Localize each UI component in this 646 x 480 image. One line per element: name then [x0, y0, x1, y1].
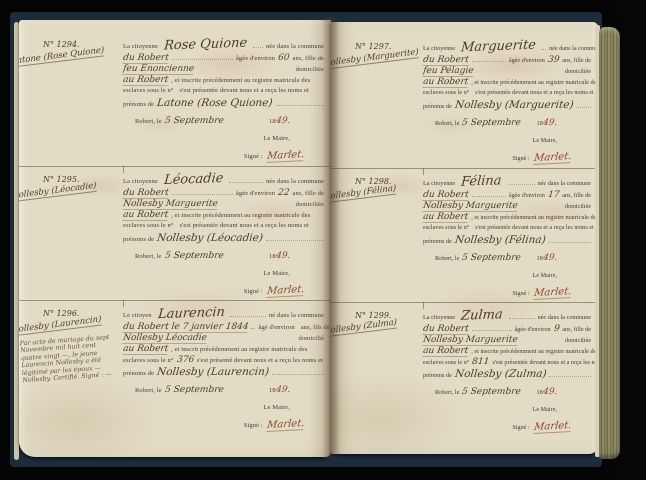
printed-registry-text: s'est présentée devant nous et a reçu le… — [475, 223, 593, 233]
handwritten-new-name: Latone (Rose Quione) — [156, 97, 273, 109]
printed-born-label: né dans la commune — [269, 311, 324, 321]
printed-registry-text: esclaves sous le n° — [123, 221, 174, 231]
printed-prenoms-label: prénoms de — [123, 369, 154, 379]
handwritten-year: 49. — [275, 116, 291, 126]
printed-registry-text: s'est présentée devant nous et a reçu le… — [180, 86, 309, 96]
register-entry: N° 1297. Nollesby (Marguerite) La citoye… — [331, 34, 598, 168]
margin-annotation — [21, 65, 113, 71]
handwritten-name: Rose Quione — [163, 36, 247, 54]
margin-new-name: Nollesby (Zulma) — [331, 317, 397, 337]
scanned-register-spread: N° 1294. Latone (Rose Quione) La citoyen… — [0, 0, 646, 480]
mayor-signature: Marlet. — [533, 150, 572, 164]
handwritten-parent: feu Pélagie — [422, 66, 474, 77]
signe-label: Signé : — [244, 288, 263, 295]
printed-prenoms-label: prénoms de — [123, 235, 154, 245]
handwritten-year: 49. — [542, 118, 558, 128]
handwritten-commune: du Robert le 7 janvier 1844 — [122, 322, 249, 333]
handwritten-year: 49. — [275, 251, 291, 261]
mayor-signature: Marlet. — [266, 283, 305, 297]
entry-margin: N° 1299. Nollesby (Zulma) — [331, 308, 423, 436]
printed-registry-text: esclaves sous le n° — [123, 356, 174, 366]
ruled-blank — [549, 369, 591, 377]
printed-born-label: née dans la commune — [266, 42, 324, 52]
handwritten-date: 5 Septembre — [462, 118, 522, 128]
entry-margin: N° 1294. Latone (Rose Quione) — [19, 37, 123, 166]
ruled-blank — [172, 187, 233, 195]
printed-domicile-label: domiciliée — [565, 202, 591, 212]
handwritten-new-name: Nollesby (Zulma) — [454, 368, 547, 380]
printed-filiation-label: ans, fille de — [562, 325, 591, 335]
signe-label: Signé : — [512, 424, 529, 431]
handwritten-new-name: Nollesby (Laurencin) — [156, 366, 269, 378]
entry-body: La citoyenne Léocadie née dans la commun… — [123, 172, 331, 300]
handwritten-year: 49. — [275, 385, 291, 395]
maire-label: Le Maire, — [123, 134, 324, 144]
printed-filiation-label: ans, fille de — [293, 189, 324, 199]
entry-body: Le citoyen Laurencin né dans la commune … — [123, 306, 331, 434]
handwritten-parent: Nollesby Marguerite — [422, 201, 518, 212]
maire-label: Le Maire, — [423, 136, 591, 146]
margin-annotation — [333, 336, 425, 342]
printed-age-label: âgée d'environ — [236, 189, 275, 199]
printed-age-label: âgée d'environ — [236, 54, 275, 64]
handwritten-age: 17 — [547, 190, 560, 200]
handwritten-date: 5 Septembre — [164, 116, 224, 126]
printed-registry-text: , et inscrit précédemment au registre ma… — [171, 345, 307, 355]
register-entry: N° 1298. Nollesby (Félina) La citoyenne … — [331, 168, 598, 302]
handwritten-age: 39 — [547, 55, 560, 65]
handwritten-new-name: Nollesby (Félina) — [454, 234, 546, 246]
printed-registry-text: esclaves sous le n° — [123, 86, 174, 96]
printed-place-label: Robert, le — [435, 119, 459, 129]
printed-citizen-label: Le citoyen — [123, 311, 152, 321]
printed-place-label: Robert, le — [135, 252, 162, 262]
entry-margin: N° 1297. Nollesby (Marguerite) — [331, 39, 423, 168]
handwritten-parent: Nollesby Léocadie — [122, 333, 207, 344]
ruled-blank — [472, 189, 506, 197]
handwritten-domicile: au Robert — [122, 344, 169, 355]
entry-margin: N° 1295. Nollesby (Léocadie) — [19, 172, 123, 300]
printed-citizen-label: La citoyenne — [423, 179, 455, 189]
register-entry: N° 1294. Latone (Rose Quione) La citoyen… — [19, 32, 331, 166]
printed-citizen-label: La citoyenne — [123, 42, 158, 52]
signe-label: Signé : — [512, 290, 529, 297]
printed-place-label: Robert, le — [135, 386, 162, 396]
margin-annotation — [21, 200, 113, 206]
maire-label: Le Maire, — [123, 269, 324, 279]
handwritten-parent: feu Enoncienne — [122, 64, 194, 75]
handwritten-matricule: 376 — [176, 355, 194, 365]
printed-age-label: âgé d'environ — [258, 323, 294, 333]
printed-registry-text: s'est présentée devant nous et a reçu le… — [180, 221, 309, 231]
handwritten-new-name: Nollesby (Marguerite) — [454, 99, 574, 111]
printed-born-label: née dans la commune — [538, 313, 591, 323]
handwritten-new-name: Nollesby (Léocadie) — [156, 232, 263, 244]
printed-domicile-label: domicilié — [299, 334, 324, 344]
handwritten-parent: Nollesby Marguerite — [422, 335, 518, 346]
mayor-signature: Marlet. — [266, 418, 305, 432]
printed-domicile-label: domiciliée — [296, 200, 324, 210]
printed-registry-text: s'est présentée devant nous et a reçu le… — [475, 88, 593, 98]
printed-domicile-label: domiciliée — [565, 67, 591, 77]
printed-registry-text: esclaves sous le n° — [423, 358, 469, 368]
printed-filiation-label: ans, fils de — [301, 323, 330, 333]
printed-filiation-label: ans, fille de — [562, 56, 591, 66]
mayor-signature: Marlet. — [533, 285, 572, 299]
handwritten-year: 49. — [542, 253, 558, 263]
printed-age-label: âgée d'environ — [509, 191, 545, 201]
printed-citizen-label: La citoyenne — [423, 44, 455, 54]
ruled-blank — [253, 40, 263, 48]
handwritten-domicile: au Robert — [422, 346, 469, 357]
ruled-blank — [172, 52, 233, 60]
printed-place-label: Robert, le — [435, 254, 459, 264]
printed-prenoms-label: prénoms de — [423, 237, 452, 247]
printed-registry-text: , et inscrite précédemment au registre m… — [471, 213, 598, 223]
handwritten-domicile: au Robert — [422, 77, 469, 88]
ruled-blank — [542, 42, 546, 50]
handwritten-name: Laurencin — [157, 305, 225, 322]
entry-body: La citoyenne Marguerite née dans la comm… — [423, 39, 598, 168]
handwritten-commune: du Robert — [122, 188, 169, 199]
printed-age-label: âgée d'environ — [509, 56, 545, 66]
handwritten-age: 60 — [277, 53, 290, 63]
maire-label: Le Maire, — [423, 271, 591, 281]
printed-born-label: née dans la commune — [549, 44, 598, 54]
register-entry: N° 1296. Nollesby (Laurencin) Par acte d… — [19, 300, 331, 434]
printed-registry-text: esclaves sous le n° — [423, 223, 469, 233]
page-right-entries: N° 1297. Nollesby (Marguerite) La citoye… — [331, 22, 598, 454]
handwritten-date: 5 Septembre — [462, 387, 522, 397]
printed-registry-text: esclaves sous le n° — [423, 88, 469, 98]
printed-place-label: Robert, le — [435, 388, 459, 398]
handwritten-name: Marguerite — [460, 38, 536, 56]
printed-domicile-label: domiciliée — [296, 65, 324, 75]
ruled-blank — [548, 235, 591, 243]
printed-born-label: née dans la commune — [538, 179, 591, 189]
printed-place-label: Robert, le — [135, 117, 162, 127]
signe-label: Signé : — [244, 422, 263, 429]
printed-prenoms-label: prénoms de — [123, 100, 154, 110]
printed-registry-text: s'est présentée devant nous et a reçu le… — [492, 358, 598, 368]
mayor-signature: Marlet. — [266, 148, 305, 162]
handwritten-date: 5 Septembre — [462, 253, 522, 263]
handwritten-age: 22 — [277, 188, 290, 198]
page-right: N° 1297. Nollesby (Marguerite) La citoye… — [331, 22, 598, 454]
printed-citizen-label: La citoyenne — [123, 177, 158, 187]
maire-label: Le Maire, — [423, 405, 591, 415]
margin-annotation — [333, 202, 425, 208]
printed-prenoms-label: prénoms de — [423, 102, 452, 112]
handwritten-commune: du Robert — [422, 55, 469, 66]
handwritten-commune: du Robert — [422, 190, 469, 201]
ruled-blank — [509, 311, 535, 319]
handwritten-parent: Nollesby Marguerite — [122, 199, 218, 210]
handwritten-year: 49. — [542, 387, 558, 397]
handwritten-domicile: au Robert — [422, 212, 469, 223]
entry-body: La citoyenne Félina née dans la commune … — [423, 174, 598, 302]
ruled-blank — [472, 54, 506, 62]
handwritten-matricule: 811 — [472, 357, 490, 367]
ruled-blank — [576, 100, 591, 108]
handwritten-commune: du Robert — [122, 53, 169, 64]
register-entry: N° 1299. Nollesby (Zulma) La citoyenne Z… — [331, 302, 598, 436]
page-stack-fore-edge — [599, 27, 620, 459]
printed-registry-text: , et inscrite précédemment au registre m… — [471, 347, 598, 357]
handwritten-date: 5 Septembre — [164, 251, 224, 261]
signe-label: Signé : — [512, 155, 529, 162]
ruled-blank — [230, 309, 265, 317]
printed-registry-text: , et inscrite précédemment au registre m… — [171, 76, 310, 86]
ruled-blank — [276, 98, 324, 106]
handwritten-domicile: au Robert — [122, 210, 169, 221]
mayor-signature: Marlet. — [533, 420, 572, 434]
entry-body: La citoyenne Rose Quione née dans la com… — [123, 37, 331, 166]
printed-born-label: née dans la commune — [266, 177, 324, 187]
signe-label: Signé : — [244, 153, 263, 160]
printed-registry-text: s'est présenté devant nous et a reçu les… — [197, 356, 323, 366]
margin-annotation — [333, 67, 425, 73]
handwritten-domicile: au Robert — [122, 75, 169, 86]
printed-age-label: âgée d'environ — [515, 325, 551, 335]
handwritten-name: Zulma — [460, 307, 503, 324]
register-entry: N° 1295. Nollesby (Léocadie) La citoyenn… — [19, 166, 331, 300]
ruled-blank — [229, 175, 263, 183]
handwritten-commune: du Robert — [422, 324, 469, 335]
maire-label: Le Maire, — [123, 403, 324, 413]
printed-domicile-label: domiciliée — [565, 336, 591, 346]
handwritten-date: 5 Septembre — [164, 385, 224, 395]
page-left: N° 1294. Latone (Rose Quione) La citoyen… — [19, 20, 331, 457]
margin-annotation: Par acte de mariage du sept Novembre mil… — [20, 334, 115, 385]
page-left-entries: N° 1294. Latone (Rose Quione) La citoyen… — [19, 20, 331, 457]
printed-filiation-label: ans, fille de — [293, 54, 324, 64]
margin-new-name: Nollesby (Félina) — [331, 183, 396, 203]
printed-citizen-label: La citoyenne — [423, 313, 455, 323]
ruled-blank — [508, 177, 535, 185]
ruled-blank — [251, 321, 255, 329]
printed-registry-text: , et inscrite précédemment au registre m… — [471, 78, 598, 88]
entry-margin: N° 1298. Nollesby (Félina) — [331, 174, 423, 302]
printed-filiation-label: ans, fille de — [562, 191, 591, 201]
ruled-blank — [266, 233, 324, 241]
entry-body: La citoyenne Zulma née dans la commune d… — [423, 308, 598, 436]
printed-prenoms-label: prénoms de — [423, 371, 452, 381]
handwritten-age: 9 — [553, 324, 560, 334]
ruled-blank — [472, 323, 512, 331]
handwritten-name: Léocadie — [163, 171, 224, 188]
printed-registry-text: , et inscrite précédemment au registre m… — [171, 211, 310, 221]
entry-margin: N° 1296. Nollesby (Laurencin) Par acte d… — [19, 306, 123, 434]
handwritten-name: Félina — [460, 173, 502, 189]
ruled-blank — [272, 367, 324, 375]
